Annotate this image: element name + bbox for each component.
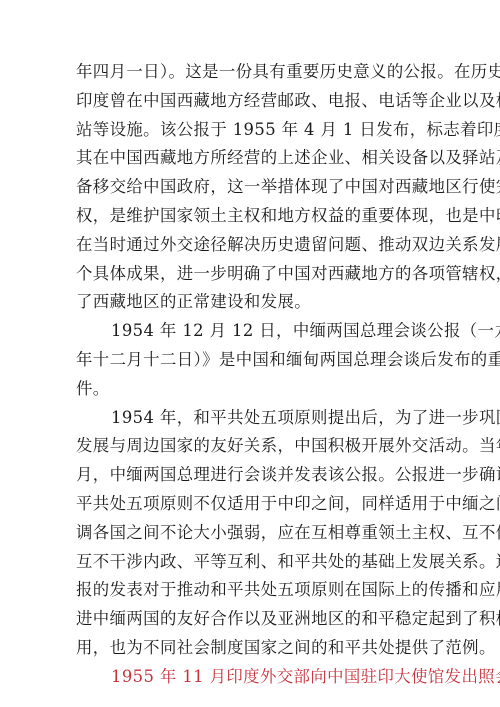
text-line: 个具体成果，进一步明确了中国对西藏地方的各项管辖权，促进 <box>76 260 426 289</box>
text-line: 报的发表对于推动和平共处五项原则在国际上的传播和应用，促 <box>76 576 426 605</box>
text-line: 进中缅两国的友好合作以及亚洲地区的和平稳定起到了积极作 <box>76 605 426 634</box>
text-line: 年十二月十二日）》是中国和缅甸两国总理会谈后发布的重要文 <box>76 346 426 375</box>
paragraph-five-principles: 1954 年，和平共处五项原则提出后，为了进一步巩固和 发展与周边国家的友好关系… <box>76 404 426 663</box>
text-line: 平共处五项原则不仅适用于中印之间，同样适用于中缅之间，强 <box>76 490 426 519</box>
text-line: 用，也为不同社会制度国家之间的和平共处提供了范例。 <box>76 634 426 663</box>
paragraph-highlighted-1955-note: 1955 年 11 月印度外交部向中国驻印大使馆发出照会，指 <box>76 663 426 692</box>
paragraph-sino-burmese-communique-title: 1954 年 12 月 12 日，中缅两国总理会谈公报（一九五四 年十二月十二日… <box>76 317 426 403</box>
text-line: 其在中国西藏地方所经营的上述企业、相关设备以及驿站及其设 <box>76 144 426 173</box>
text-line: 互不干涉内政、平等互利、和平共处的基础上发展关系。这一公 <box>76 548 426 577</box>
text-line: 了西藏地区的正常建设和发展。 <box>76 288 426 317</box>
text-line: 备移交给中国政府，这一举措体现了中国对西藏地区行使完整主 <box>76 173 426 202</box>
text-line: 月，中缅两国总理进行会谈并发表该公报。公报进一步确认了和 <box>76 461 426 490</box>
text-line: 在当时通过外交途径解决历史遗留问题、推动双边关系发展的一 <box>76 231 426 260</box>
text-line: 1954 年 12 月 12 日，中缅两国总理会谈公报（一九五四 <box>76 317 426 346</box>
text-line: 件。 <box>76 375 426 404</box>
text-line: 印度曾在中国西藏地方经营邮政、电报、电话等企业以及相关驿 <box>76 87 426 116</box>
text-line: 发展与周边国家的友好关系，中国积极开展外交活动。当年 12 <box>76 432 426 461</box>
text-line: 年四月一日）。这是一份具有重要历史意义的公报。在历史上， <box>76 58 426 87</box>
text-line: 权，是维护国家领土主权和地方权益的重要体现，也是中印两国 <box>76 202 426 231</box>
text-line: 站等设施。该公报于 1955 年 4 月 1 日发布，标志着印度政府将 <box>76 116 426 145</box>
text-line: 调各国之间不论大小强弱，应在互相尊重领土主权、互不侵犯、 <box>76 519 426 548</box>
document-page: 年四月一日）。这是一份具有重要历史意义的公报。在历史上， 印度曾在中国西藏地方经… <box>76 58 426 692</box>
text-line: 1954 年，和平共处五项原则提出后，为了进一步巩固和 <box>76 404 426 433</box>
highlighted-text-line: 1955 年 11 月印度外交部向中国驻印大使馆发出照会，指 <box>76 663 426 692</box>
paragraph-indian-handover: 年四月一日）。这是一份具有重要历史意义的公报。在历史上， 印度曾在中国西藏地方经… <box>76 58 426 317</box>
